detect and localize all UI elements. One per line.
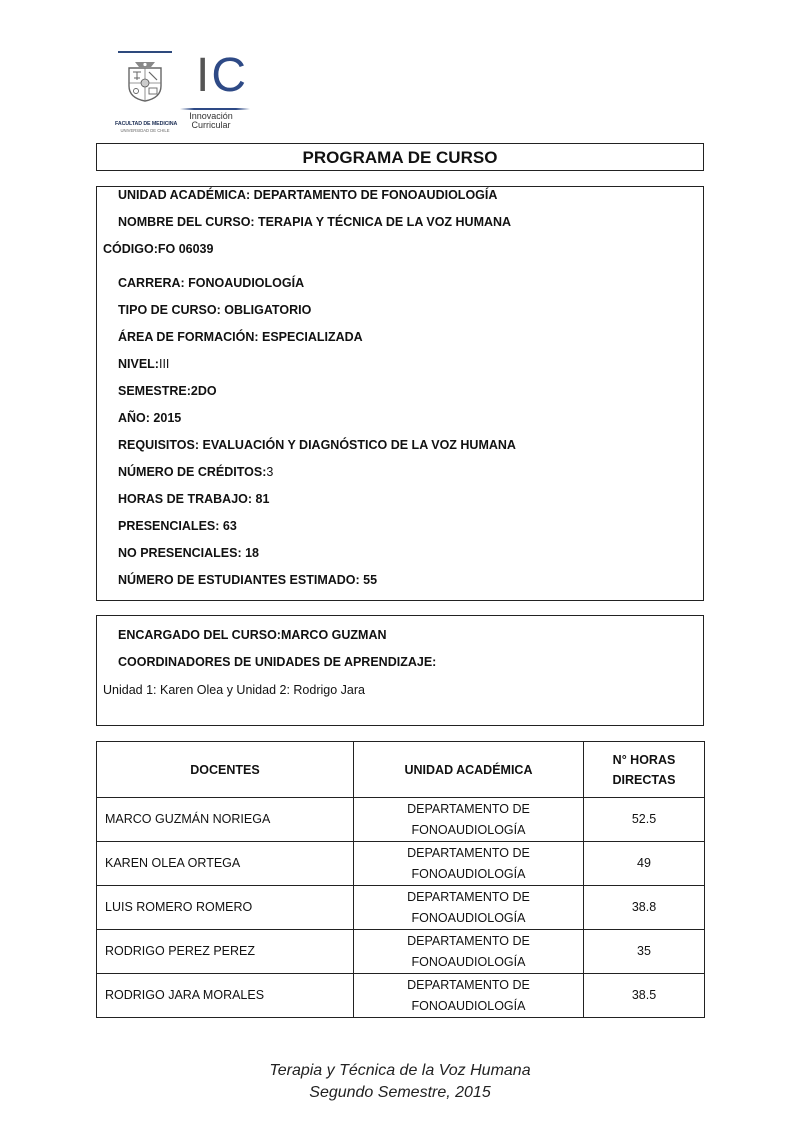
course-info-label: TIPO DE CURSO: OBLIGATORIO <box>118 303 311 317</box>
course-info-label: PRESENCIALES: 63 <box>118 519 237 533</box>
table-header-row: DOCENTES UNIDAD ACADÉMICA N° HORAS DIREC… <box>97 742 705 798</box>
course-info-value: 3 <box>266 465 273 479</box>
table-row: RODRIGO PEREZ PEREZDEPARTAMENTO DEFONOAU… <box>97 930 705 974</box>
header-horas-directas: N° HORAS DIRECTAS <box>584 742 705 798</box>
dept-line1: DEPARTAMENTO DE <box>354 843 583 864</box>
course-info-label: HORAS DE TRABAJO: 81 <box>118 492 269 506</box>
course-info-label: REQUISITOS: EVALUACIÓN Y DIAGNÓSTICO DE … <box>118 438 516 452</box>
footer-semester: Segundo Semestre, 2015 <box>0 1082 800 1104</box>
course-info-line: HORAS DE TRABAJO: 81 <box>118 492 269 506</box>
header-hours-line1: N° HORAS <box>584 750 704 770</box>
page-footer: Terapia y Técnica de la Voz Humana Segun… <box>0 1060 800 1104</box>
dept-line1: DEPARTAMENTO DE <box>354 799 583 820</box>
course-info-label: NOMBRE DEL CURSO: TERAPIA Y TÉCNICA DE L… <box>118 215 511 229</box>
docente-hours: 38.8 <box>584 886 705 930</box>
dept-line2: FONOAUDIOLOGÍA <box>354 820 583 841</box>
docente-name: RODRIGO PEREZ PEREZ <box>97 930 354 974</box>
course-info-line: NO PRESENCIALES: 18 <box>118 546 259 560</box>
logo-fm-line2: UNIVERSIDAD DE CHILE <box>115 128 175 133</box>
course-info-line: PRESENCIALES: 63 <box>118 519 237 533</box>
docente-name: KAREN OLEA ORTEGA <box>97 842 354 886</box>
dept-line1: DEPARTAMENTO DE <box>354 887 583 908</box>
docente-hours: 49 <box>584 842 705 886</box>
course-info-label: NIVEL: <box>118 357 159 371</box>
course-info-box: UNIDAD ACADÉMICA: DEPARTAMENTO DE FONOAU… <box>96 186 704 601</box>
footer-course-name: Terapia y Técnica de la Voz Humana <box>0 1060 800 1082</box>
docente-hours: 52.5 <box>584 798 705 842</box>
docente-name: RODRIGO JARA MORALES <box>97 974 354 1018</box>
header-docentes: DOCENTES <box>97 742 354 798</box>
ic-monogram: IC <box>196 52 248 100</box>
unit-coordinators-label: COORDINADORES DE UNIDADES DE APRENDIZAJE… <box>118 655 436 669</box>
course-info-value: III <box>159 357 169 371</box>
course-info-line: CARRERA: FONOAUDIOLOGÍA <box>118 276 304 290</box>
docente-unidad: DEPARTAMENTO DEFONOAUDIOLOGÍA <box>354 842 584 886</box>
dept-line2: FONOAUDIOLOGÍA <box>354 908 583 929</box>
logo-divider <box>180 108 250 110</box>
course-info-line: SEMESTRE:2DO <box>118 384 217 398</box>
docente-unidad: DEPARTAMENTO DEFONOAUDIOLOGÍA <box>354 930 584 974</box>
course-info-label: NO PRESENCIALES: 18 <box>118 546 259 560</box>
docente-unidad: DEPARTAMENTO DEFONOAUDIOLOGÍA <box>354 798 584 842</box>
course-info-line: REQUISITOS: EVALUACIÓN Y DIAGNÓSTICO DE … <box>118 438 516 452</box>
logo-divider <box>118 51 172 53</box>
course-info-label: ÁREA DE FORMACIÓN: ESPECIALIZADA <box>118 330 363 344</box>
course-info-label: UNIDAD ACADÉMICA: DEPARTAMENTO DE FONOAU… <box>118 188 497 202</box>
course-coordinator: ENCARGADO DEL CURSO:MARCO GUZMAN <box>118 628 387 642</box>
course-info-line: UNIDAD ACADÉMICA: DEPARTAMENTO DE FONOAU… <box>118 188 497 202</box>
course-info-label: CARRERA: FONOAUDIOLOGÍA <box>118 276 304 290</box>
course-info-line: NOMBRE DEL CURSO: TERAPIA Y TÉCNICA DE L… <box>118 215 511 229</box>
dept-line1: DEPARTAMENTO DE <box>354 975 583 996</box>
docentes-table: DOCENTES UNIDAD ACADÉMICA N° HORAS DIREC… <box>96 741 705 1018</box>
course-info-label: AÑO: 2015 <box>118 411 181 425</box>
ic-letter-c: C <box>211 49 248 102</box>
course-info-label: SEMESTRE:2DO <box>118 384 217 398</box>
facultad-medicina-logo: FACULTAD DE MEDICINA UNIVERSIDAD DE CHIL… <box>115 48 175 136</box>
course-staff-box: ENCARGADO DEL CURSO:MARCO GUZMAN COORDIN… <box>96 615 704 726</box>
course-info-line: CÓDIGO:FO 06039 <box>103 242 213 256</box>
dept-line1: DEPARTAMENTO DE <box>354 931 583 952</box>
dept-line2: FONOAUDIOLOGÍA <box>354 996 583 1017</box>
course-info-label: NÚMERO DE ESTUDIANTES ESTIMADO: 55 <box>118 573 377 587</box>
docente-name: LUIS ROMERO ROMERO <box>97 886 354 930</box>
ic-letter-i: I <box>196 49 211 102</box>
page-title: PROGRAMA DE CURSO <box>96 143 704 171</box>
course-info-line: AÑO: 2015 <box>118 411 181 425</box>
course-info-line: NÚMERO DE ESTUDIANTES ESTIMADO: 55 <box>118 573 377 587</box>
university-shield-icon <box>127 62 163 102</box>
course-info-label: NÚMERO DE CRÉDITOS: <box>118 465 266 479</box>
course-info-label: CÓDIGO:FO 06039 <box>103 242 213 256</box>
docente-unidad: DEPARTAMENTO DEFONOAUDIOLOGÍA <box>354 974 584 1018</box>
header-unidad-academica: UNIDAD ACADÉMICA <box>354 742 584 798</box>
table-row: MARCO GUZMÁN NORIEGADEPARTAMENTO DEFONOA… <box>97 798 705 842</box>
docente-hours: 35 <box>584 930 705 974</box>
course-info-line: TIPO DE CURSO: OBLIGATORIO <box>118 303 311 317</box>
table-row: RODRIGO JARA MORALESDEPARTAMENTO DEFONOA… <box>97 974 705 1018</box>
docente-name: MARCO GUZMÁN NORIEGA <box>97 798 354 842</box>
table-row: KAREN OLEA ORTEGADEPARTAMENTO DEFONOAUDI… <box>97 842 705 886</box>
course-info-line: NIVEL:III <box>118 357 169 371</box>
docente-unidad: DEPARTAMENTO DEFONOAUDIOLOGÍA <box>354 886 584 930</box>
course-info-line: NÚMERO DE CRÉDITOS:3 <box>118 465 273 479</box>
innovacion-curricular-logo: IC Innovación Curricular <box>180 50 252 136</box>
logo-ic-caption: Innovación Curricular <box>180 112 242 130</box>
dept-line2: FONOAUDIOLOGÍA <box>354 952 583 973</box>
docente-hours: 38.5 <box>584 974 705 1018</box>
header-hours-line2: DIRECTAS <box>584 770 704 790</box>
logo-fm-line1: FACULTAD DE MEDICINA <box>115 121 175 127</box>
dept-line2: FONOAUDIOLOGÍA <box>354 864 583 885</box>
course-info-line: ÁREA DE FORMACIÓN: ESPECIALIZADA <box>118 330 363 344</box>
logo-ic-line2: Curricular <box>180 121 242 130</box>
table-row: LUIS ROMERO ROMERODEPARTAMENTO DEFONOAUD… <box>97 886 705 930</box>
unit-coordinators: Unidad 1: Karen Olea y Unidad 2: Rodrigo… <box>103 683 365 697</box>
